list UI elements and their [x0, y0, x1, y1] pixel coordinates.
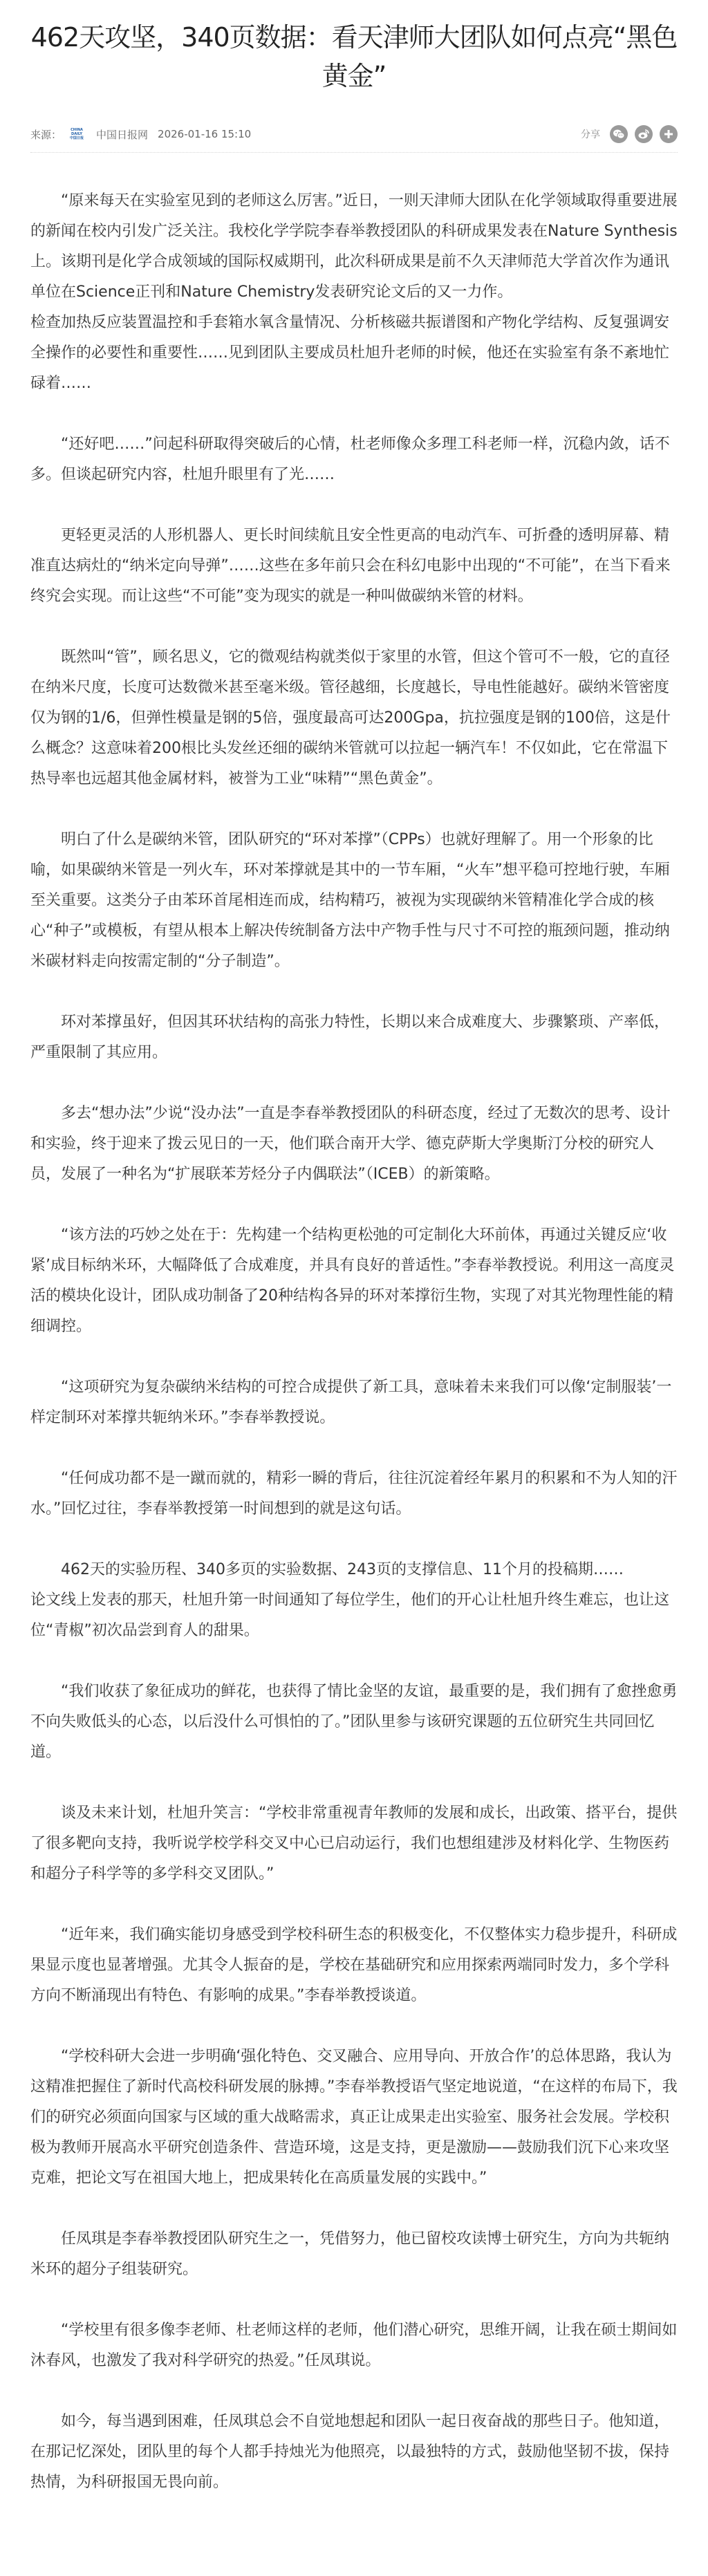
meta-divider	[30, 152, 678, 153]
paragraph: “还好吧……”问起科研取得突破后的心情，杜老师像众多理工科老师一样，沉稳内敛，话…	[30, 429, 678, 490]
paragraph: 多去“想办法”少说“没办法”一直是李春举教授团队的科研态度，经过了无数次的思考、…	[30, 1099, 678, 1190]
paragraph: “近年来，我们确实能切身感受到学校科研生态的积极变化，不仅整体实力稳步提升，科研…	[30, 1920, 678, 2011]
share-bar: 分享	[581, 125, 678, 143]
publish-datetime: 2026-01-16 15:10	[158, 128, 251, 140]
paragraph: “任何成功都不是一蹴而就的，精彩一瞬的背后，往往沉淀着经年累月的积累和不为人知的…	[30, 1464, 678, 1524]
paragraph: 462天的实验历程、340多页的实验数据、243页的支撑信息、11个月的投稿期……	[30, 1555, 678, 1585]
share-label: 分享	[581, 127, 600, 141]
paragraph: “学校里有很多像李老师、杜老师这样的老师，他们潜心研究，思维开阔，让我在硕士期间…	[30, 2315, 678, 2376]
paragraph: “这项研究为复杂碳纳米结构的可控合成提供了新工具，意味着未来我们可以像‘定制服装…	[30, 1372, 678, 1433]
source-name: 中国日报网	[96, 127, 148, 142]
paragraph: 任凤琪是李春举教授团队研究生之一，凭借努力，他已留校攻读博士研究生，方向为共轭纳…	[30, 2224, 678, 2285]
article-page: 462天攻坚，340页数据：看天津师大团队如何点亮“黑色黄金” 来源： CHIN…	[0, 0, 708, 2549]
paragraph: “原来每天在实验室见到的老师这么厉害。”近日，一则天津师大团队在化学领域取得重要…	[30, 186, 678, 308]
paragraph: 更轻更灵活的人形机器人、更长时间续航且安全性更高的电动汽车、可折叠的透明屏幕、精…	[30, 521, 678, 612]
paragraph: 谈及未来计划，杜旭升笑言：“学校非常重视青年教师的发展和成长，出政策、搭平台，提…	[30, 1798, 678, 1889]
paragraph: 环对苯撑虽好，但因其环状结构的高张力特性，长期以来合成难度大、步骤繁琐、产率低，…	[30, 1007, 678, 1068]
paragraph: 如今，每当遇到困难，任凤琪总会不自觉地想起和团队一起日夜奋战的那些日子。他知道，…	[30, 2407, 678, 2498]
paragraph: 明白了什么是碳纳米管，团队研究的“环对苯撑”（CPPs）也就好理解了。用一个形象…	[30, 825, 678, 977]
article-meta: 来源： CHINA DAILY 中国日报 中国日报网 2026-01-16 15…	[30, 120, 678, 148]
source-info: 来源： CHINA DAILY 中国日报 中国日报网 2026-01-16 15…	[30, 125, 251, 143]
paragraph: 既然叫“管”，顾名思义，它的微观结构就类似于家里的水管，但这个管可不一般，它的直…	[30, 642, 678, 794]
paragraph: “我们收获了象征成功的鲜花，也获得了情比金坚的友谊，最重要的是，我们拥有了愈挫愈…	[30, 1677, 678, 1768]
wechat-icon	[613, 129, 625, 140]
article-title: 462天攻坚，340页数据：看天津师大团队如何点亮“黑色黄金”	[30, 0, 678, 95]
share-more-button[interactable]	[660, 125, 678, 143]
paragraph: 检查加热反应装置温控和手套箱水氧含量情况、分析核磁共振谱图和产物化学结构、反复强…	[30, 308, 678, 399]
share-weibo-button[interactable]	[635, 125, 653, 143]
paragraph: “学校科研大会进一步明确‘强化特色、交叉融合、应用导向、开放合作’的总体思路，我…	[30, 2042, 678, 2194]
paragraph: 论文线上发表的那天，杜旭升第一时间通知了每位学生，他们的开心让杜旭升终生难忘，也…	[30, 1585, 678, 1646]
paragraph: “该方法的巧妙之处在于：先构建一个结构更松弛的可定制化大环前体，再通过关键反应‘…	[30, 1220, 678, 1342]
plus-icon	[664, 129, 673, 139]
share-wechat-button[interactable]	[610, 125, 628, 143]
source-label: 来源：	[30, 127, 62, 142]
article-body: “原来每天在实验室见到的老师这么厉害。”近日，一则天津师大团队在化学领域取得重要…	[30, 158, 678, 2549]
weibo-icon	[637, 129, 650, 140]
china-daily-logo-icon: CHINA DAILY 中国日报	[70, 125, 84, 143]
